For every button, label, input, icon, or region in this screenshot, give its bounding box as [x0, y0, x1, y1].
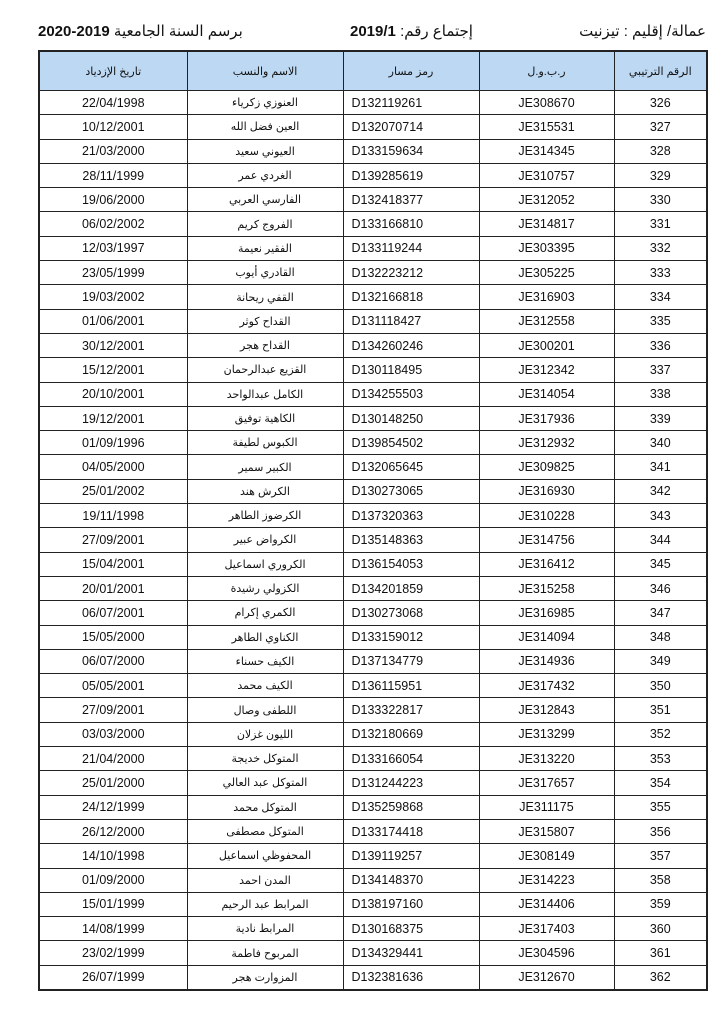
students-table: تاريخ الإزدياد الاسم والنسب رمز مسار ر.ب…	[38, 50, 708, 991]
massar-code-cell: D132180669	[343, 722, 479, 746]
order-number-cell: 351	[614, 698, 707, 722]
order-number-cell: 347	[614, 601, 707, 625]
order-number-cell: 349	[614, 649, 707, 673]
rbol-cell: JE310757	[479, 163, 614, 187]
table-row: 26/12/2000المتوكل مصطفىD133174418JE31580…	[39, 819, 707, 843]
full-name-cell: الكرضوز الطاهر	[187, 504, 343, 528]
birth-date-cell: 25/01/2000	[39, 771, 187, 795]
table-row: 19/03/2002القفي ريحانةD132166818JE316903…	[39, 285, 707, 309]
massar-code-cell: D133322817	[343, 698, 479, 722]
birth-date-cell: 19/12/2001	[39, 406, 187, 430]
table-row: 25/01/2000المتوكل عبد العاليD131244223JE…	[39, 771, 707, 795]
massar-code-cell: D131244223	[343, 771, 479, 795]
birth-date-cell: 25/01/2002	[39, 479, 187, 503]
birth-date-cell: 19/06/2000	[39, 188, 187, 212]
rbol-cell: JE310228	[479, 504, 614, 528]
massar-code-cell: D132166818	[343, 285, 479, 309]
order-number-cell: 356	[614, 819, 707, 843]
order-number-cell: 359	[614, 892, 707, 916]
rbol-cell: JE316985	[479, 601, 614, 625]
full-name-cell: الليون غزلان	[187, 722, 343, 746]
order-number-cell: 361	[614, 941, 707, 965]
massar-code-cell: D130273068	[343, 601, 479, 625]
table-row: 01/09/1996الكبوس لطيفةD139854502JE312932…	[39, 431, 707, 455]
order-number-cell: 344	[614, 528, 707, 552]
order-number-cell: 339	[614, 406, 707, 430]
birth-date-cell: 23/05/1999	[39, 261, 187, 285]
birth-date-cell: 28/11/1999	[39, 163, 187, 187]
table-row: 28/11/1999الغردي عمرD139285619JE31075732…	[39, 163, 707, 187]
order-number-cell: 326	[614, 91, 707, 115]
massar-code-cell: D137320363	[343, 504, 479, 528]
full-name-cell: المحفوظي اسماعيل	[187, 844, 343, 868]
full-name-cell: الفقير نعيمة	[187, 236, 343, 260]
order-number-cell: 331	[614, 212, 707, 236]
birth-date-cell: 06/02/2002	[39, 212, 187, 236]
birth-date-cell: 21/03/2000	[39, 139, 187, 163]
full-name-cell: القداح هجر	[187, 333, 343, 357]
table-row: 06/07/2001الكمري إكرامD130273068JE316985…	[39, 601, 707, 625]
rbol-cell: JE309825	[479, 455, 614, 479]
table-row: 19/11/1998الكرضوز الطاهرD137320363JE3102…	[39, 504, 707, 528]
rbol-cell: JE316903	[479, 285, 614, 309]
massar-code-cell: D131118427	[343, 309, 479, 333]
massar-code-cell: D134255503	[343, 382, 479, 406]
birth-date-cell: 15/12/2001	[39, 358, 187, 382]
order-number-cell: 330	[614, 188, 707, 212]
table-row: 14/08/1999المرابط ناديةD130168375JE31740…	[39, 917, 707, 941]
full-name-cell: الكيف محمد	[187, 674, 343, 698]
rbol-cell: JE316930	[479, 479, 614, 503]
birth-date-cell: 21/04/2000	[39, 747, 187, 771]
order-number-cell: 343	[614, 504, 707, 528]
table-row: 04/05/2000الكبير سميرD132065645JE3098253…	[39, 455, 707, 479]
order-number-cell: 338	[614, 382, 707, 406]
rbol-cell: JE308670	[479, 91, 614, 115]
birth-date-cell: 22/04/1998	[39, 91, 187, 115]
massar-code-cell: D139119257	[343, 844, 479, 868]
order-number-cell: 327	[614, 115, 707, 139]
full-name-cell: العنوزي زكرياء	[187, 91, 343, 115]
birth-date-cell: 03/03/2000	[39, 722, 187, 746]
birth-date-cell: 05/05/2001	[39, 674, 187, 698]
order-number-cell: 328	[614, 139, 707, 163]
full-name-cell: الكناوي الطاهر	[187, 625, 343, 649]
massar-code-cell: D132119261	[343, 91, 479, 115]
massar-code-cell: D130118495	[343, 358, 479, 382]
rbol-cell: JE312558	[479, 309, 614, 333]
birth-date-cell: 01/09/2000	[39, 868, 187, 892]
table-row: 26/07/1999المزوارت هجرD132381636JE312670…	[39, 965, 707, 990]
massar-code-cell: D134329441	[343, 941, 479, 965]
massar-code-cell: D136154053	[343, 552, 479, 576]
birth-date-cell: 06/07/2001	[39, 601, 187, 625]
order-number-cell: 336	[614, 333, 707, 357]
full-name-cell: المتوكل محمد	[187, 795, 343, 819]
table-row: 24/12/1999المتوكل محمدD135259868JE311175…	[39, 795, 707, 819]
full-name-cell: القفي ريحانة	[187, 285, 343, 309]
full-name-cell: المتوكل مصطفى	[187, 819, 343, 843]
full-name-cell: المربوح فاطمة	[187, 941, 343, 965]
order-number-cell: 355	[614, 795, 707, 819]
table-row: 23/02/1999المربوح فاطمةD134329441JE30459…	[39, 941, 707, 965]
birth-date-cell: 19/11/1998	[39, 504, 187, 528]
meeting-number: إجتماع رقم: 2019/1	[350, 22, 473, 40]
rbol-cell: JE311175	[479, 795, 614, 819]
order-number-cell: 342	[614, 479, 707, 503]
order-number-cell: 329	[614, 163, 707, 187]
rbol-cell: JE305225	[479, 261, 614, 285]
full-name-cell: الكاهية توفيق	[187, 406, 343, 430]
rbol-cell: JE316412	[479, 552, 614, 576]
table-row: 30/12/2001القداح هجرD134260246JE30020133…	[39, 333, 707, 357]
birth-date-cell: 10/12/2001	[39, 115, 187, 139]
academic-year: برسم السنة الجامعية 2020-2019	[38, 22, 243, 40]
birth-date-cell: 20/01/2001	[39, 576, 187, 600]
column-header-order-number: الرقم الترتيبي	[614, 51, 707, 91]
massar-code-cell: D139285619	[343, 163, 479, 187]
full-name-cell: المرابط نادية	[187, 917, 343, 941]
rbol-cell: JE314406	[479, 892, 614, 916]
massar-code-cell: D133119244	[343, 236, 479, 260]
full-name-cell: الكبوس لطيفة	[187, 431, 343, 455]
table-row: 27/09/2001اللطفى وصالD133322817JE3128433…	[39, 698, 707, 722]
birth-date-cell: 26/07/1999	[39, 965, 187, 990]
order-number-cell: 357	[614, 844, 707, 868]
full-name-cell: القادري أيوب	[187, 261, 343, 285]
table-row: 19/06/2000الفارسي العربيD132418377JE3120…	[39, 188, 707, 212]
meeting-number-value: 2019/1	[350, 23, 396, 40]
massar-code-cell: D134201859	[343, 576, 479, 600]
rbol-cell: JE312843	[479, 698, 614, 722]
order-number-cell: 352	[614, 722, 707, 746]
full-name-cell: الكروري اسماعيل	[187, 552, 343, 576]
birth-date-cell: 24/12/1999	[39, 795, 187, 819]
massar-code-cell: D130168375	[343, 917, 479, 941]
rbol-cell: JE314817	[479, 212, 614, 236]
table-row: 01/09/2000المدن احمدD134148370JE31422335…	[39, 868, 707, 892]
order-number-cell: 360	[614, 917, 707, 941]
massar-code-cell: D134260246	[343, 333, 479, 357]
birth-date-cell: 19/03/2002	[39, 285, 187, 309]
table-row: 03/03/2000الليون غزلانD132180669JE313299…	[39, 722, 707, 746]
rbol-cell: JE300201	[479, 333, 614, 357]
massar-code-cell: D133166054	[343, 747, 479, 771]
full-name-cell: الكيف حسناء	[187, 649, 343, 673]
massar-code-cell: D132070714	[343, 115, 479, 139]
column-header-rbol: ر.ب.و.ل	[479, 51, 614, 91]
rbol-cell: JE315531	[479, 115, 614, 139]
table-row: 15/04/2001الكروري اسماعيلD136154053JE316…	[39, 552, 707, 576]
rbol-cell: JE312932	[479, 431, 614, 455]
massar-code-cell: D135148363	[343, 528, 479, 552]
massar-code-cell: D130273065	[343, 479, 479, 503]
massar-code-cell: D132065645	[343, 455, 479, 479]
table-row: 25/01/2002الكرش هندD130273065JE316930342	[39, 479, 707, 503]
table-row: 20/10/2001الكامل عبدالواحدD134255503JE31…	[39, 382, 707, 406]
full-name-cell: الكرش هند	[187, 479, 343, 503]
column-header-massar-code: رمز مسار	[343, 51, 479, 91]
rbol-cell: JE317936	[479, 406, 614, 430]
table-row: 05/05/2001الكيف محمدD136115951JE31743235…	[39, 674, 707, 698]
order-number-cell: 334	[614, 285, 707, 309]
table-row: 23/05/1999القادري أيوبD132223212JE305225…	[39, 261, 707, 285]
massar-code-cell: D132381636	[343, 965, 479, 990]
birth-date-cell: 06/07/2000	[39, 649, 187, 673]
rbol-cell: JE314756	[479, 528, 614, 552]
order-number-cell: 337	[614, 358, 707, 382]
full-name-cell: القداح كوثر	[187, 309, 343, 333]
document-header: برسم السنة الجامعية 2020-2019 إجتماع رقم…	[38, 22, 706, 44]
table-row: 21/04/2000المتوكل خديجةD133166054JE31322…	[39, 747, 707, 771]
rbol-cell: JE317657	[479, 771, 614, 795]
rbol-cell: JE312342	[479, 358, 614, 382]
full-name-cell: القزيع عبدالرحمان	[187, 358, 343, 382]
rbol-cell: JE314094	[479, 625, 614, 649]
full-name-cell: الكمري إكرام	[187, 601, 343, 625]
massar-code-cell: D135259868	[343, 795, 479, 819]
rbol-cell: JE317403	[479, 917, 614, 941]
massar-code-cell: D138197160	[343, 892, 479, 916]
birth-date-cell: 14/08/1999	[39, 917, 187, 941]
table-body: 22/04/1998العنوزي زكرياءD132119261JE3086…	[39, 91, 707, 990]
table-row: 06/07/2000الكيف حسناءD137134779JE3149363…	[39, 649, 707, 673]
birth-date-cell: 01/06/2001	[39, 309, 187, 333]
full-name-cell: الفارسي العربي	[187, 188, 343, 212]
massar-code-cell: D137134779	[343, 649, 479, 673]
full-name-cell: الكزولي رشيدة	[187, 576, 343, 600]
academic-year-label: برسم السنة الجامعية	[114, 23, 243, 40]
massar-code-cell: D133166810	[343, 212, 479, 236]
rbol-cell: JE317432	[479, 674, 614, 698]
massar-code-cell: D133159634	[343, 139, 479, 163]
massar-code-cell: D132223212	[343, 261, 479, 285]
column-header-birth-date: تاريخ الإزدياد	[39, 51, 187, 91]
rbol-cell: JE315258	[479, 576, 614, 600]
table-row: 06/02/2002الفروج كريمD133166810JE3148173…	[39, 212, 707, 236]
order-number-cell: 332	[614, 236, 707, 260]
province: عمالة/ إقليم : تيزنيت	[579, 22, 706, 40]
order-number-cell: 340	[614, 431, 707, 455]
province-label: عمالة/ إقليم : تيزنيت	[579, 23, 706, 40]
table-row: 01/06/2001القداح كوثرD131118427JE3125583…	[39, 309, 707, 333]
table-row: 10/12/2001العين فضل اللهD132070714JE3155…	[39, 115, 707, 139]
rbol-cell: JE312670	[479, 965, 614, 990]
birth-date-cell: 23/02/1999	[39, 941, 187, 965]
order-number-cell: 333	[614, 261, 707, 285]
full-name-cell: المتوكل خديجة	[187, 747, 343, 771]
order-number-cell: 345	[614, 552, 707, 576]
massar-code-cell: D133159012	[343, 625, 479, 649]
rbol-cell: JE303395	[479, 236, 614, 260]
rbol-cell: JE312052	[479, 188, 614, 212]
massar-code-cell: D130148250	[343, 406, 479, 430]
column-header-full-name: الاسم والنسب	[187, 51, 343, 91]
table-header-row: تاريخ الإزدياد الاسم والنسب رمز مسار ر.ب…	[39, 51, 707, 91]
birth-date-cell: 04/05/2000	[39, 455, 187, 479]
massar-code-cell: D136115951	[343, 674, 479, 698]
order-number-cell: 358	[614, 868, 707, 892]
rbol-cell: JE313299	[479, 722, 614, 746]
rbol-cell: JE314054	[479, 382, 614, 406]
rbol-cell: JE314223	[479, 868, 614, 892]
birth-date-cell: 30/12/2001	[39, 333, 187, 357]
birth-date-cell: 26/12/2000	[39, 819, 187, 843]
meeting-number-label: إجتماع رقم:	[400, 23, 473, 40]
birth-date-cell: 12/03/1997	[39, 236, 187, 260]
birth-date-cell: 20/10/2001	[39, 382, 187, 406]
massar-code-cell: D139854502	[343, 431, 479, 455]
birth-date-cell: 27/09/2001	[39, 528, 187, 552]
rbol-cell: JE304596	[479, 941, 614, 965]
order-number-cell: 353	[614, 747, 707, 771]
table-row: 12/03/1997الفقير نعيمةD133119244JE303395…	[39, 236, 707, 260]
rbol-cell: JE314345	[479, 139, 614, 163]
full-name-cell: الكرواض عبير	[187, 528, 343, 552]
birth-date-cell: 14/10/1998	[39, 844, 187, 868]
table-row: 15/05/2000الكناوي الطاهرD133159012JE3140…	[39, 625, 707, 649]
order-number-cell: 341	[614, 455, 707, 479]
order-number-cell: 348	[614, 625, 707, 649]
table-row: 20/01/2001الكزولي رشيدةD134201859JE31525…	[39, 576, 707, 600]
birth-date-cell: 01/09/1996	[39, 431, 187, 455]
full-name-cell: المزوارت هجر	[187, 965, 343, 990]
order-number-cell: 335	[614, 309, 707, 333]
order-number-cell: 362	[614, 965, 707, 990]
full-name-cell: المتوكل عبد العالي	[187, 771, 343, 795]
table-row: 22/04/1998العنوزي زكرياءD132119261JE3086…	[39, 91, 707, 115]
full-name-cell: العيوني سعيد	[187, 139, 343, 163]
order-number-cell: 346	[614, 576, 707, 600]
full-name-cell: العين فضل الله	[187, 115, 343, 139]
massar-code-cell: D134148370	[343, 868, 479, 892]
full-name-cell: المرابط عبد الرحيم	[187, 892, 343, 916]
full-name-cell: اللطفى وصال	[187, 698, 343, 722]
birth-date-cell: 15/05/2000	[39, 625, 187, 649]
table-row: 15/12/2001القزيع عبدالرحمانD130118495JE3…	[39, 358, 707, 382]
full-name-cell: الفروج كريم	[187, 212, 343, 236]
table-row: 21/03/2000العيوني سعيدD133159634JE314345…	[39, 139, 707, 163]
birth-date-cell: 15/04/2001	[39, 552, 187, 576]
massar-code-cell: D132418377	[343, 188, 479, 212]
rbol-cell: JE313220	[479, 747, 614, 771]
table-row: 15/01/1999المرابط عبد الرحيمD138197160JE…	[39, 892, 707, 916]
full-name-cell: الكامل عبدالواحد	[187, 382, 343, 406]
rbol-cell: JE314936	[479, 649, 614, 673]
full-name-cell: الكبير سمير	[187, 455, 343, 479]
massar-code-cell: D133174418	[343, 819, 479, 843]
full-name-cell: المدن احمد	[187, 868, 343, 892]
rbol-cell: JE308149	[479, 844, 614, 868]
full-name-cell: الغردي عمر	[187, 163, 343, 187]
order-number-cell: 350	[614, 674, 707, 698]
birth-date-cell: 15/01/1999	[39, 892, 187, 916]
table-row: 14/10/1998المحفوظي اسماعيلD139119257JE30…	[39, 844, 707, 868]
table-row: 27/09/2001الكرواض عبيرD135148363JE314756…	[39, 528, 707, 552]
rbol-cell: JE315807	[479, 819, 614, 843]
birth-date-cell: 27/09/2001	[39, 698, 187, 722]
table-row: 19/12/2001الكاهية توفيقD130148250JE31793…	[39, 406, 707, 430]
academic-year-value: 2020-2019	[38, 23, 110, 40]
order-number-cell: 354	[614, 771, 707, 795]
